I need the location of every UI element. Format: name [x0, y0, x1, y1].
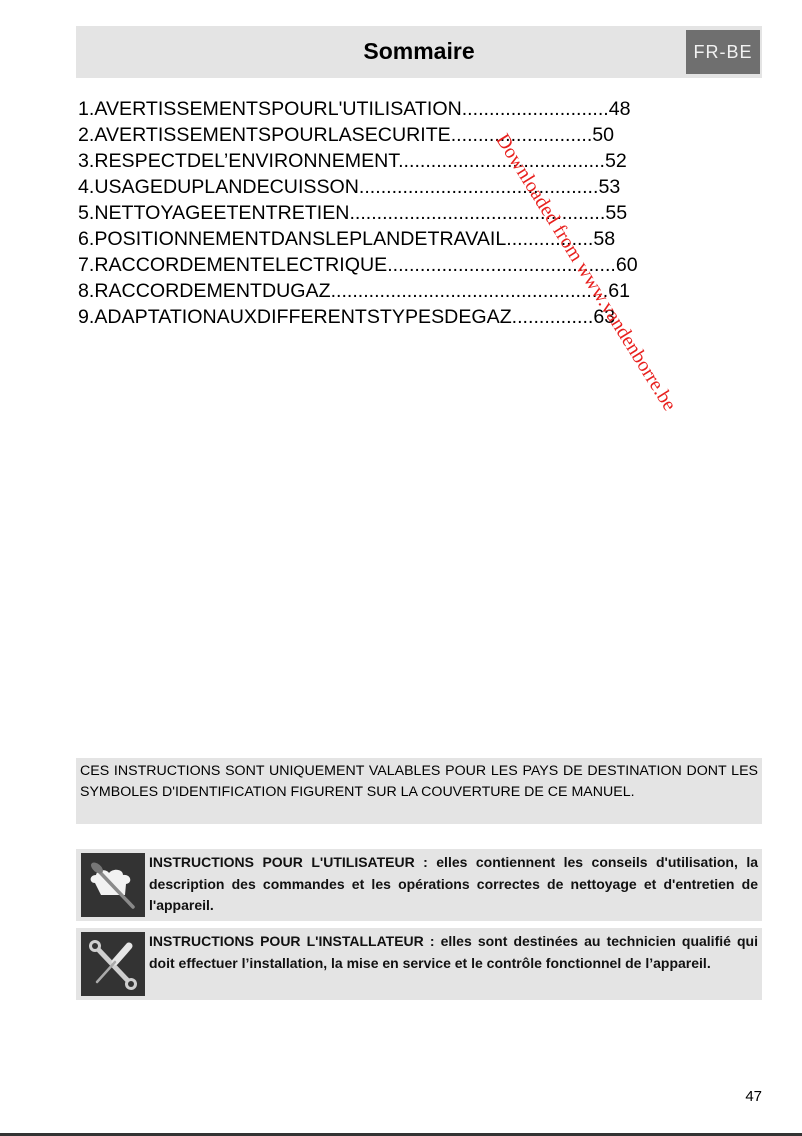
user-instructions-text: INSTRUCTIONS POUR L'UTILISATEUR : elles …	[149, 852, 758, 917]
toc-page: 53	[598, 176, 620, 198]
toc-leader: ...........................	[462, 98, 609, 120]
user-instructions-box: INSTRUCTIONS POUR L'UTILISATEUR : elles …	[76, 849, 762, 921]
toc-label: 1.AVERTISSEMENTSPOURL'UTILISATION	[78, 98, 462, 120]
language-badge: FR-BE	[686, 30, 760, 74]
toc-leader: ........................................…	[331, 280, 609, 302]
validity-notice: CES INSTRUCTIONS SONT UNIQUEMENT VALABLE…	[76, 758, 762, 824]
installer-instructions-box: INSTRUCTIONS POUR L'INSTALLATEUR : elles…	[76, 928, 762, 1000]
toc-page: 50	[592, 124, 614, 146]
toc-page: 55	[605, 202, 627, 224]
chef-hat-spoon-icon	[81, 853, 145, 917]
toc-label: 7.RACCORDEMENTELECTRIQUE	[78, 254, 387, 276]
header-bar: Sommaire FR-BE	[76, 26, 762, 78]
toc-leader: ..........................	[451, 124, 593, 146]
page-title: Sommaire	[76, 38, 762, 65]
toc-leader: ...............	[512, 306, 594, 328]
toc-item[interactable]: 9.ADAPTATIONAUXDIFFERENTSTYPESDEGAZ.....…	[78, 304, 638, 330]
toc-label: 5.NETTOYAGEETENTRETIEN	[78, 202, 349, 224]
toc-label: 2.AVERTISSEMENTSPOURLASECURITE	[78, 124, 451, 146]
toc-item[interactable]: 8.RACCORDEMENTDUGAZ.....................…	[78, 278, 638, 304]
toc-item[interactable]: 7.RACCORDEMENTELECTRIQUE................…	[78, 252, 638, 278]
page-number: 47	[745, 1088, 762, 1105]
toc-page: 52	[605, 150, 627, 172]
toc-item[interactable]: 1.AVERTISSEMENTSPOURL'UTILISATION.......…	[78, 96, 638, 122]
notice-text: CES INSTRUCTIONS SONT UNIQUEMENT VALABLE…	[80, 761, 758, 802]
toc-item[interactable]: 2.AVERTISSEMENTSPOURLASECURITE..........…	[78, 122, 638, 148]
toc-label: 3.RESPECTDEL’ENVIRONNEMENT	[78, 150, 398, 172]
toc-item[interactable]: 3.RESPECTDEL’ENVIRONNEMENT..............…	[78, 148, 638, 174]
installer-instructions-text: INSTRUCTIONS POUR L'INSTALLATEUR : elles…	[149, 931, 758, 974]
toc-item[interactable]: 4.USAGEDUPLANDECUISSON..................…	[78, 174, 638, 200]
toc-label: 4.USAGEDUPLANDECUISSON	[78, 176, 359, 198]
toc-label: 9.ADAPTATIONAUXDIFFERENTSTYPESDEGAZ	[78, 306, 512, 328]
wrench-screwdriver-icon	[81, 932, 145, 996]
toc-page: 60	[616, 254, 638, 276]
toc-label: 8.RACCORDEMENTDUGAZ	[78, 280, 331, 302]
toc-label: 6.POSITIONNEMENTDANSLEPLANDETRAVAIL	[78, 228, 506, 250]
toc-page: 58	[593, 228, 615, 250]
toc-leader: ........................................…	[359, 176, 599, 198]
toc-page: 48	[609, 98, 631, 120]
